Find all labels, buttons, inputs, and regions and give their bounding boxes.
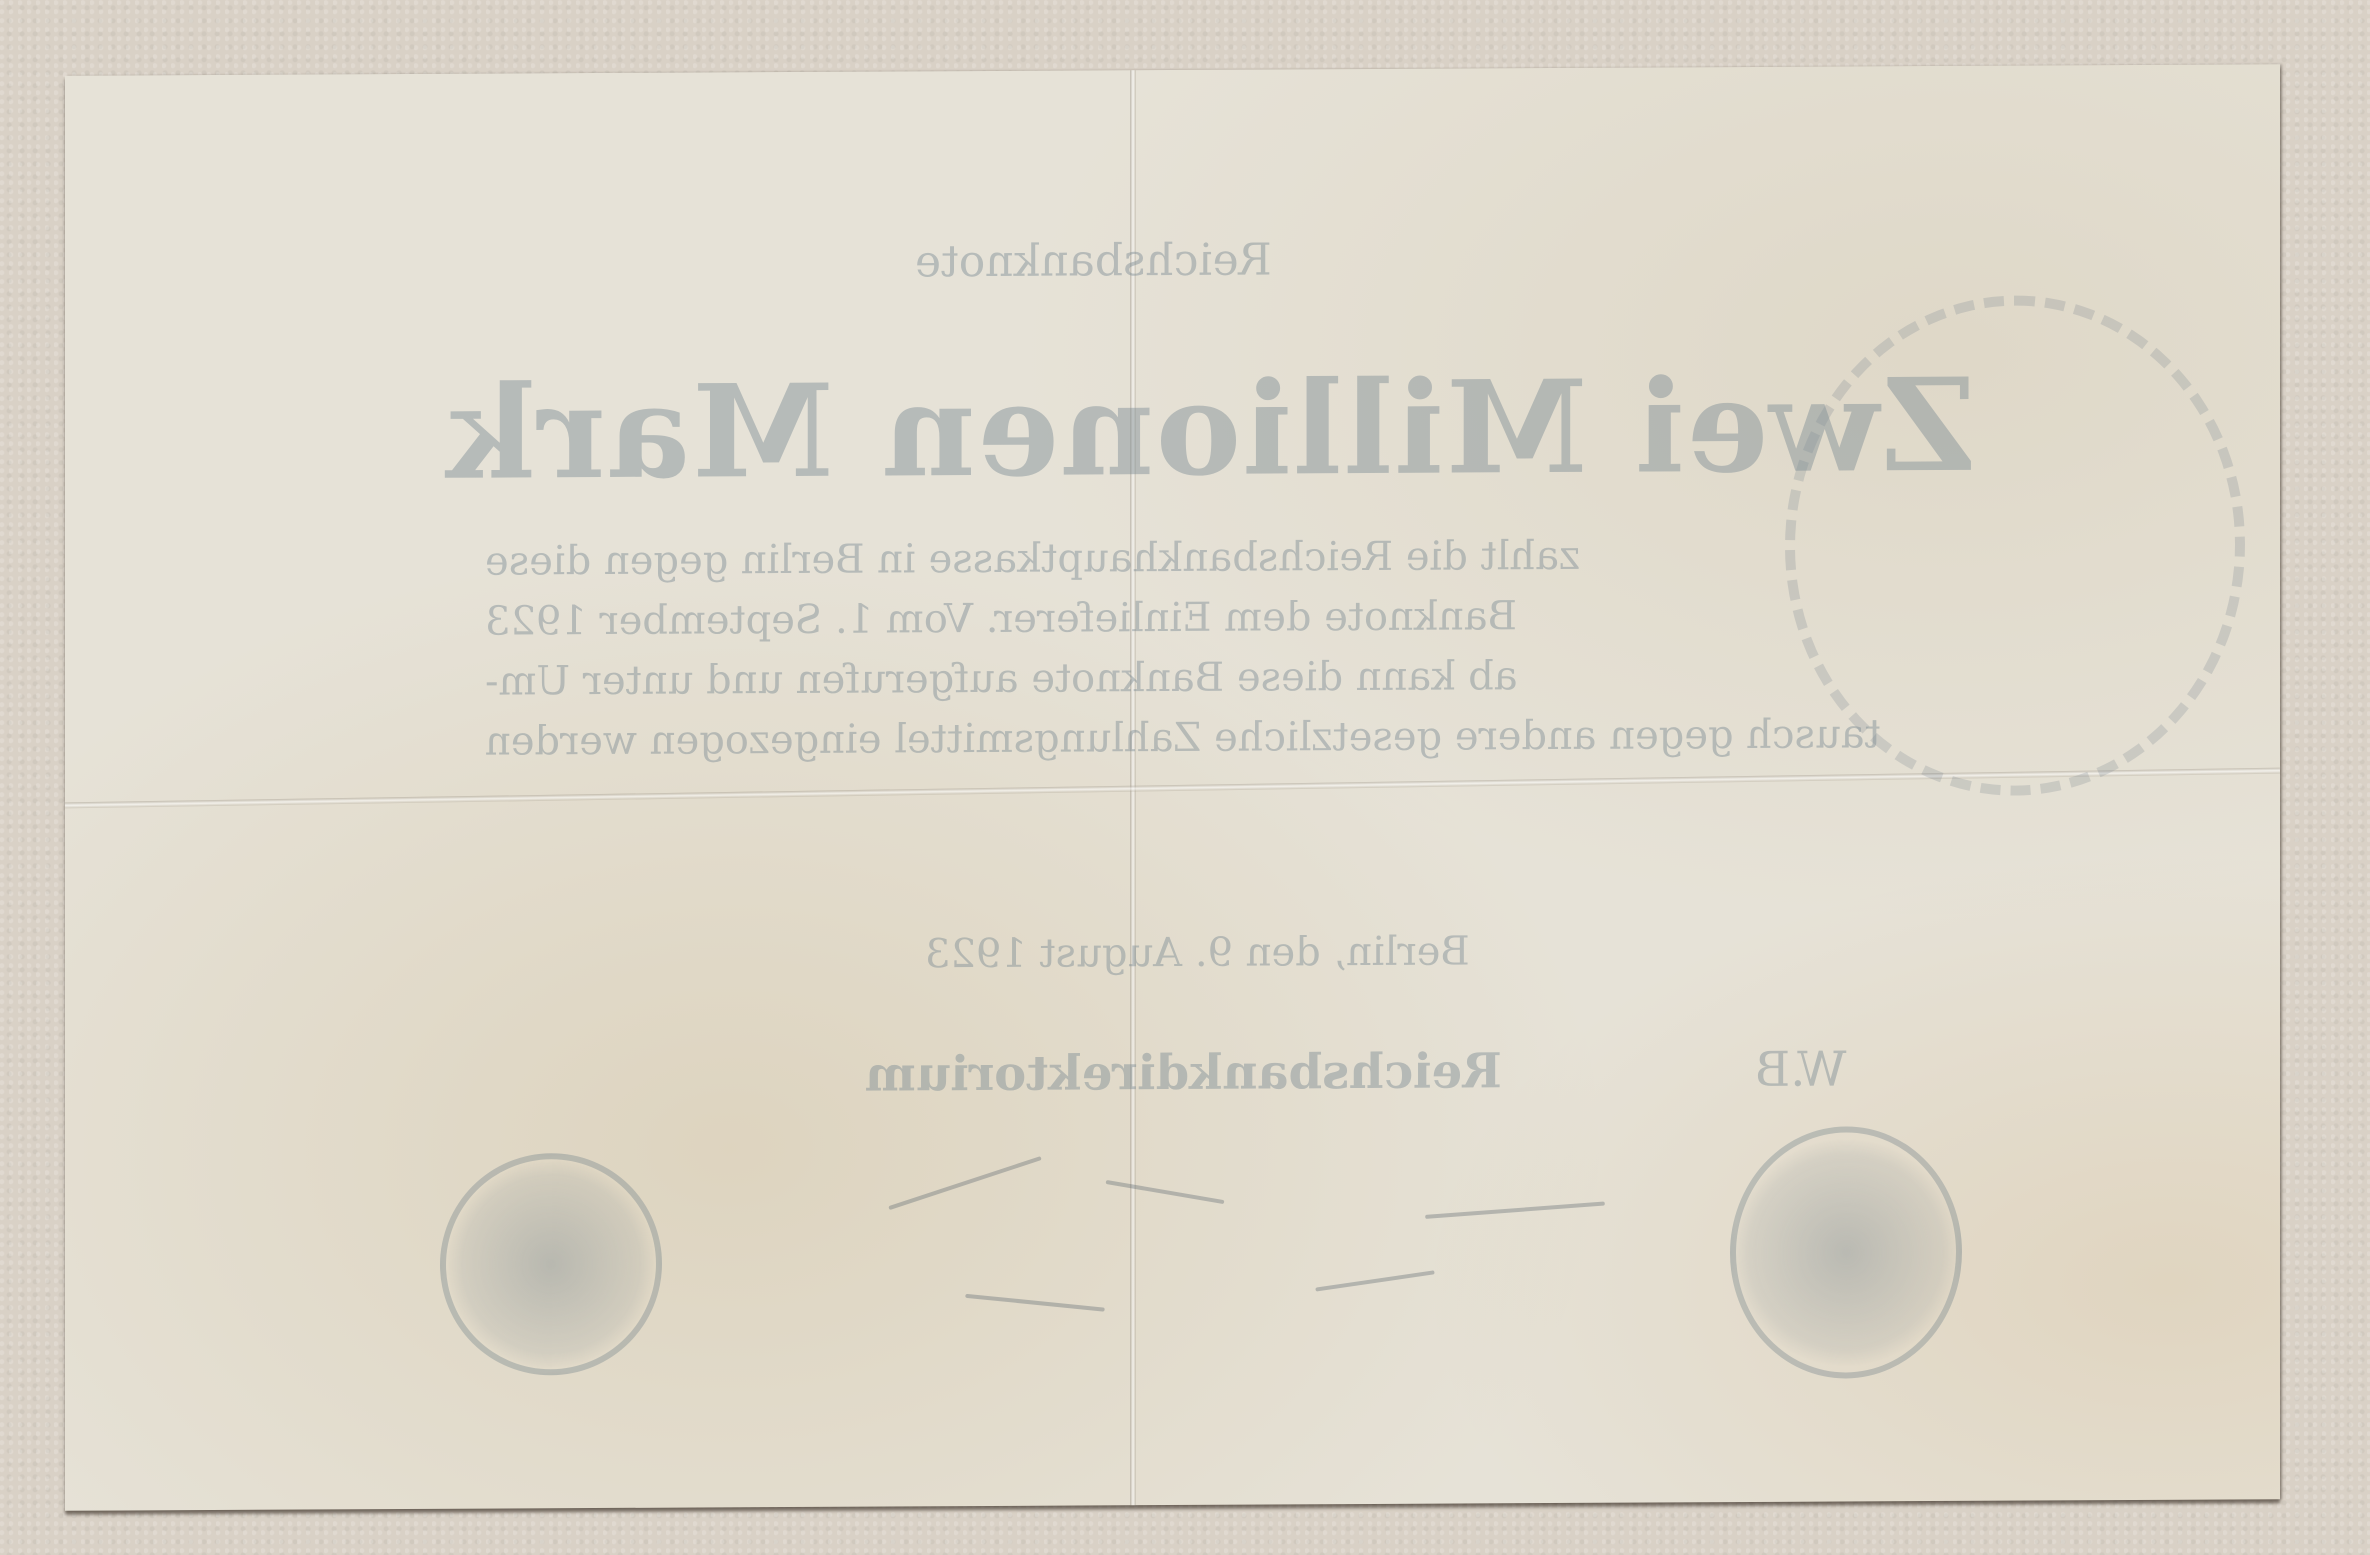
signature-stroke [888, 1156, 1041, 1210]
showthrough-body-line: zahlt die Reichsbankhauptkasse in Berlin… [485, 533, 1580, 585]
showthrough-issuer: Reichsbankdirektorium [865, 1043, 1502, 1102]
showthrough-city-date: Berlin, den 9. August 1923 [925, 928, 1470, 977]
right-seal-icon [1730, 1126, 1962, 1379]
signature-stroke [1425, 1201, 1605, 1218]
left-seal-icon [440, 1153, 662, 1376]
signature-stroke [1106, 1180, 1225, 1204]
showthrough-header: Reichsbanknote [915, 234, 1272, 287]
showthrough-series: W.B [1755, 1041, 1846, 1097]
showthrough-body-line: tausch gegen andere gesetzliche Zahlungs… [485, 711, 1881, 764]
banknote: Reichsbanknote Zwei Millionen Mark zahlt… [65, 64, 2280, 1511]
showthrough-body-line: Banknote dem Einlieferer. Vom 1. Septemb… [485, 593, 1517, 644]
showthrough-denomination-title: Zwei Millionen Mark [445, 351, 1976, 509]
signature-stroke [1315, 1270, 1434, 1291]
showthrough-body-line: ab kann diese Banknote aufgerufen und un… [485, 653, 1518, 704]
signature-stroke [965, 1294, 1105, 1312]
